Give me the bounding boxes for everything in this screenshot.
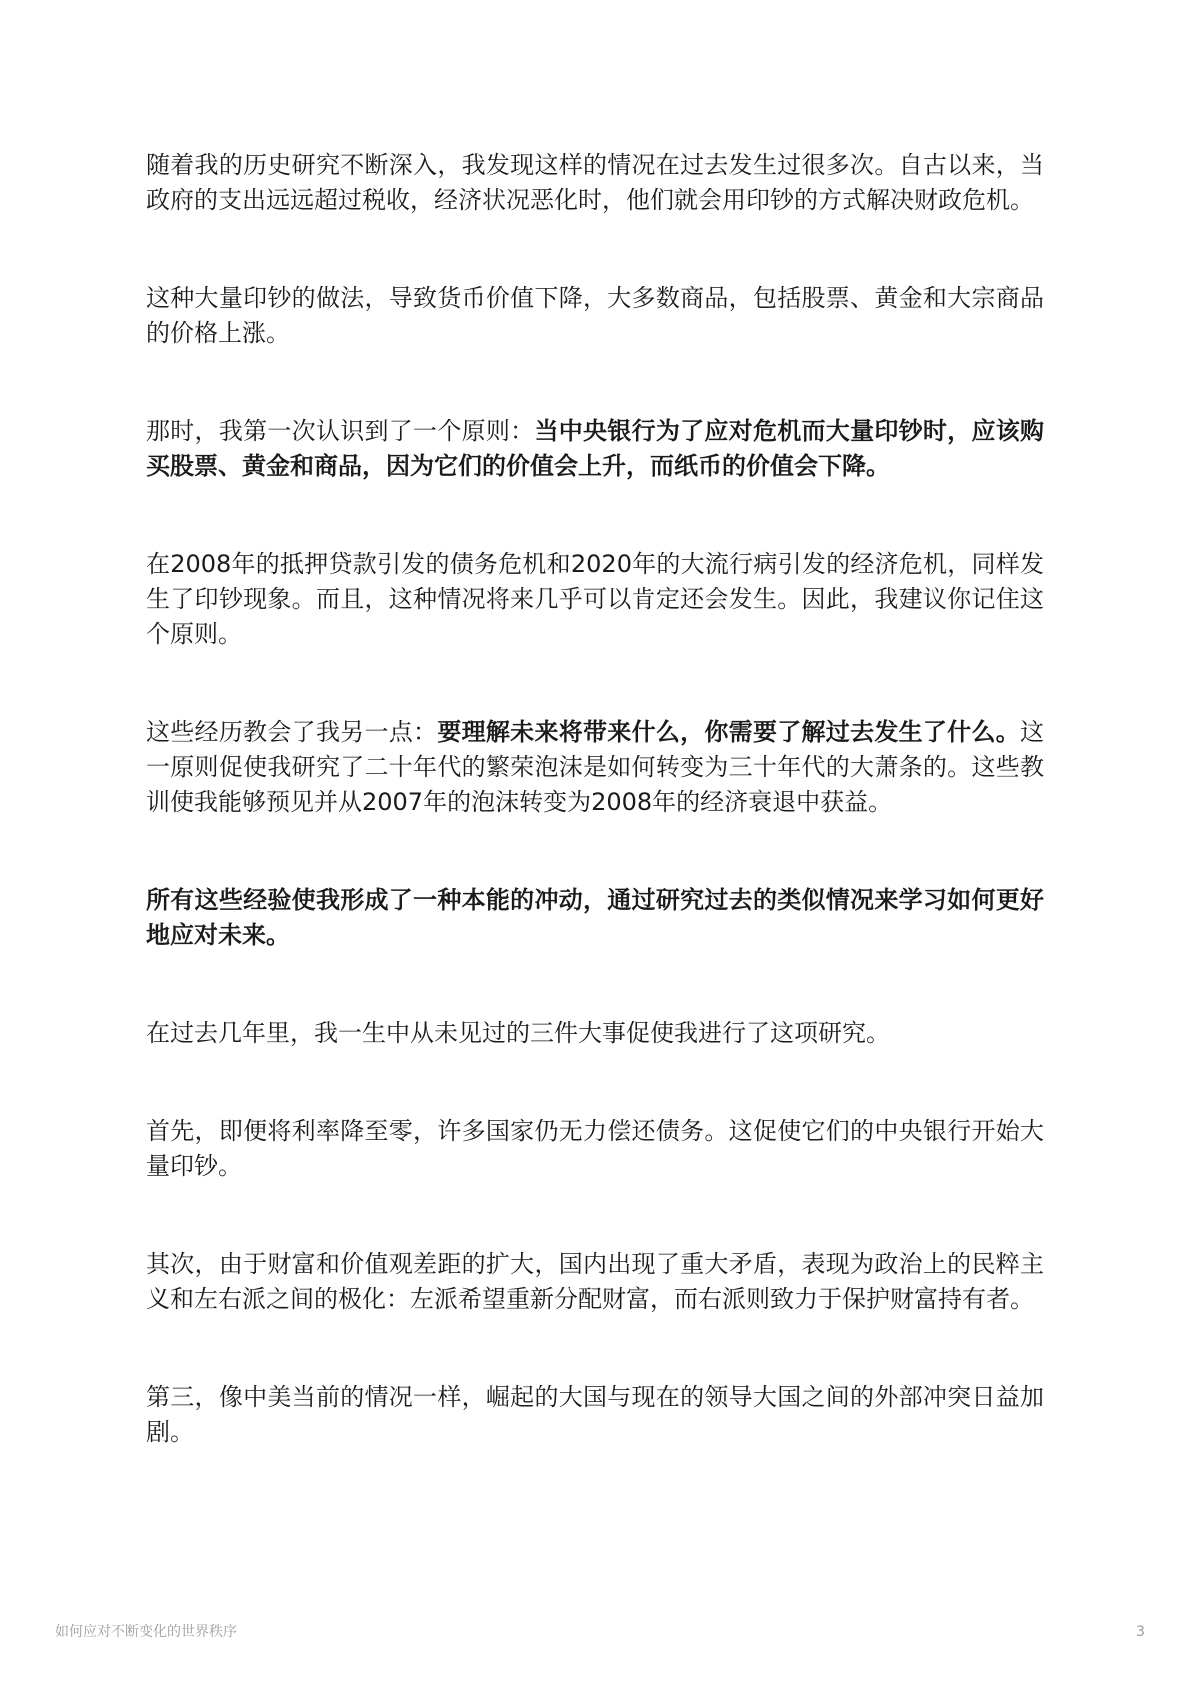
principle-highlight: 所有这些经验使我形成了一种本能的冲动，通过研究过去的类似情况来学习如何更好地应对…: [146, 886, 1044, 949]
paragraph-text: 那时，我第一次认识到了一个原则：: [146, 417, 534, 445]
paragraph-text: 在过去几年里，我一生中从未见过的三件大事促使我进行了这项研究。: [146, 1019, 890, 1047]
paragraph-text: 第三，像中美当前的情况一样，崛起的大国与现在的领导大国之间的外部冲突日益加剧。: [146, 1383, 1044, 1446]
paragraph-9: 其次，由于财富和价值观差距的扩大，国内出现了重大矛盾，表现为政治上的民粹主义和左…: [146, 1247, 1044, 1317]
paragraph-1: 随着我的历史研究不断深入，我发现这样的情况在过去发生过很多次。自古以来，当政府的…: [146, 148, 1044, 218]
footer-document-title: 如何应对不断变化的世界秩序: [55, 1622, 237, 1642]
paragraph-text: 在2008年的抵押贷款引发的债务危机和2020年的大流行病引发的经济危机，同样发…: [146, 550, 1044, 648]
paragraph-4: 在2008年的抵押贷款引发的债务危机和2020年的大流行病引发的经济危机，同样发…: [146, 547, 1044, 652]
paragraph-2: 这种大量印钞的做法，导致货币价值下降，大多数商品，包括股票、黄金和大宗商品的价格…: [146, 281, 1044, 351]
document-body: 随着我的历史研究不断深入，我发现这样的情况在过去发生过很多次。自古以来，当政府的…: [146, 148, 1044, 1513]
paragraph-text: 其次，由于财富和价值观差距的扩大，国内出现了重大矛盾，表现为政治上的民粹主义和左…: [146, 1250, 1044, 1313]
paragraph-8: 首先，即便将利率降至零，许多国家仍无力偿还债务。这促使它们的中央银行开始大量印钞…: [146, 1114, 1044, 1184]
paragraph-text: 这种大量印钞的做法，导致货币价值下降，大多数商品，包括股票、黄金和大宗商品的价格…: [146, 284, 1044, 347]
footer-page-number: 3: [1136, 1622, 1145, 1642]
paragraph-text: 首先，即便将利率降至零，许多国家仍无力偿还债务。这促使它们的中央银行开始大量印钞…: [146, 1117, 1044, 1180]
paragraph-5: 这些经历教会了我另一点：要理解未来将带来什么，你需要了解过去发生了什么。这一原则…: [146, 715, 1044, 820]
paragraph-6: 所有这些经验使我形成了一种本能的冲动，通过研究过去的类似情况来学习如何更好地应对…: [146, 883, 1044, 953]
paragraph-10: 第三，像中美当前的情况一样，崛起的大国与现在的领导大国之间的外部冲突日益加剧。: [146, 1380, 1044, 1450]
principle-highlight: 要理解未来将带来什么，你需要了解过去发生了什么。: [437, 718, 1020, 746]
paragraph-3: 那时，我第一次认识到了一个原则：当中央银行为了应对危机而大量印钞时，应该购买股票…: [146, 414, 1044, 484]
paragraph-text: 随着我的历史研究不断深入，我发现这样的情况在过去发生过很多次。自古以来，当政府的…: [146, 151, 1044, 214]
paragraph-text: 这些经历教会了我另一点：: [146, 718, 437, 746]
paragraph-7: 在过去几年里，我一生中从未见过的三件大事促使我进行了这项研究。: [146, 1016, 1044, 1051]
